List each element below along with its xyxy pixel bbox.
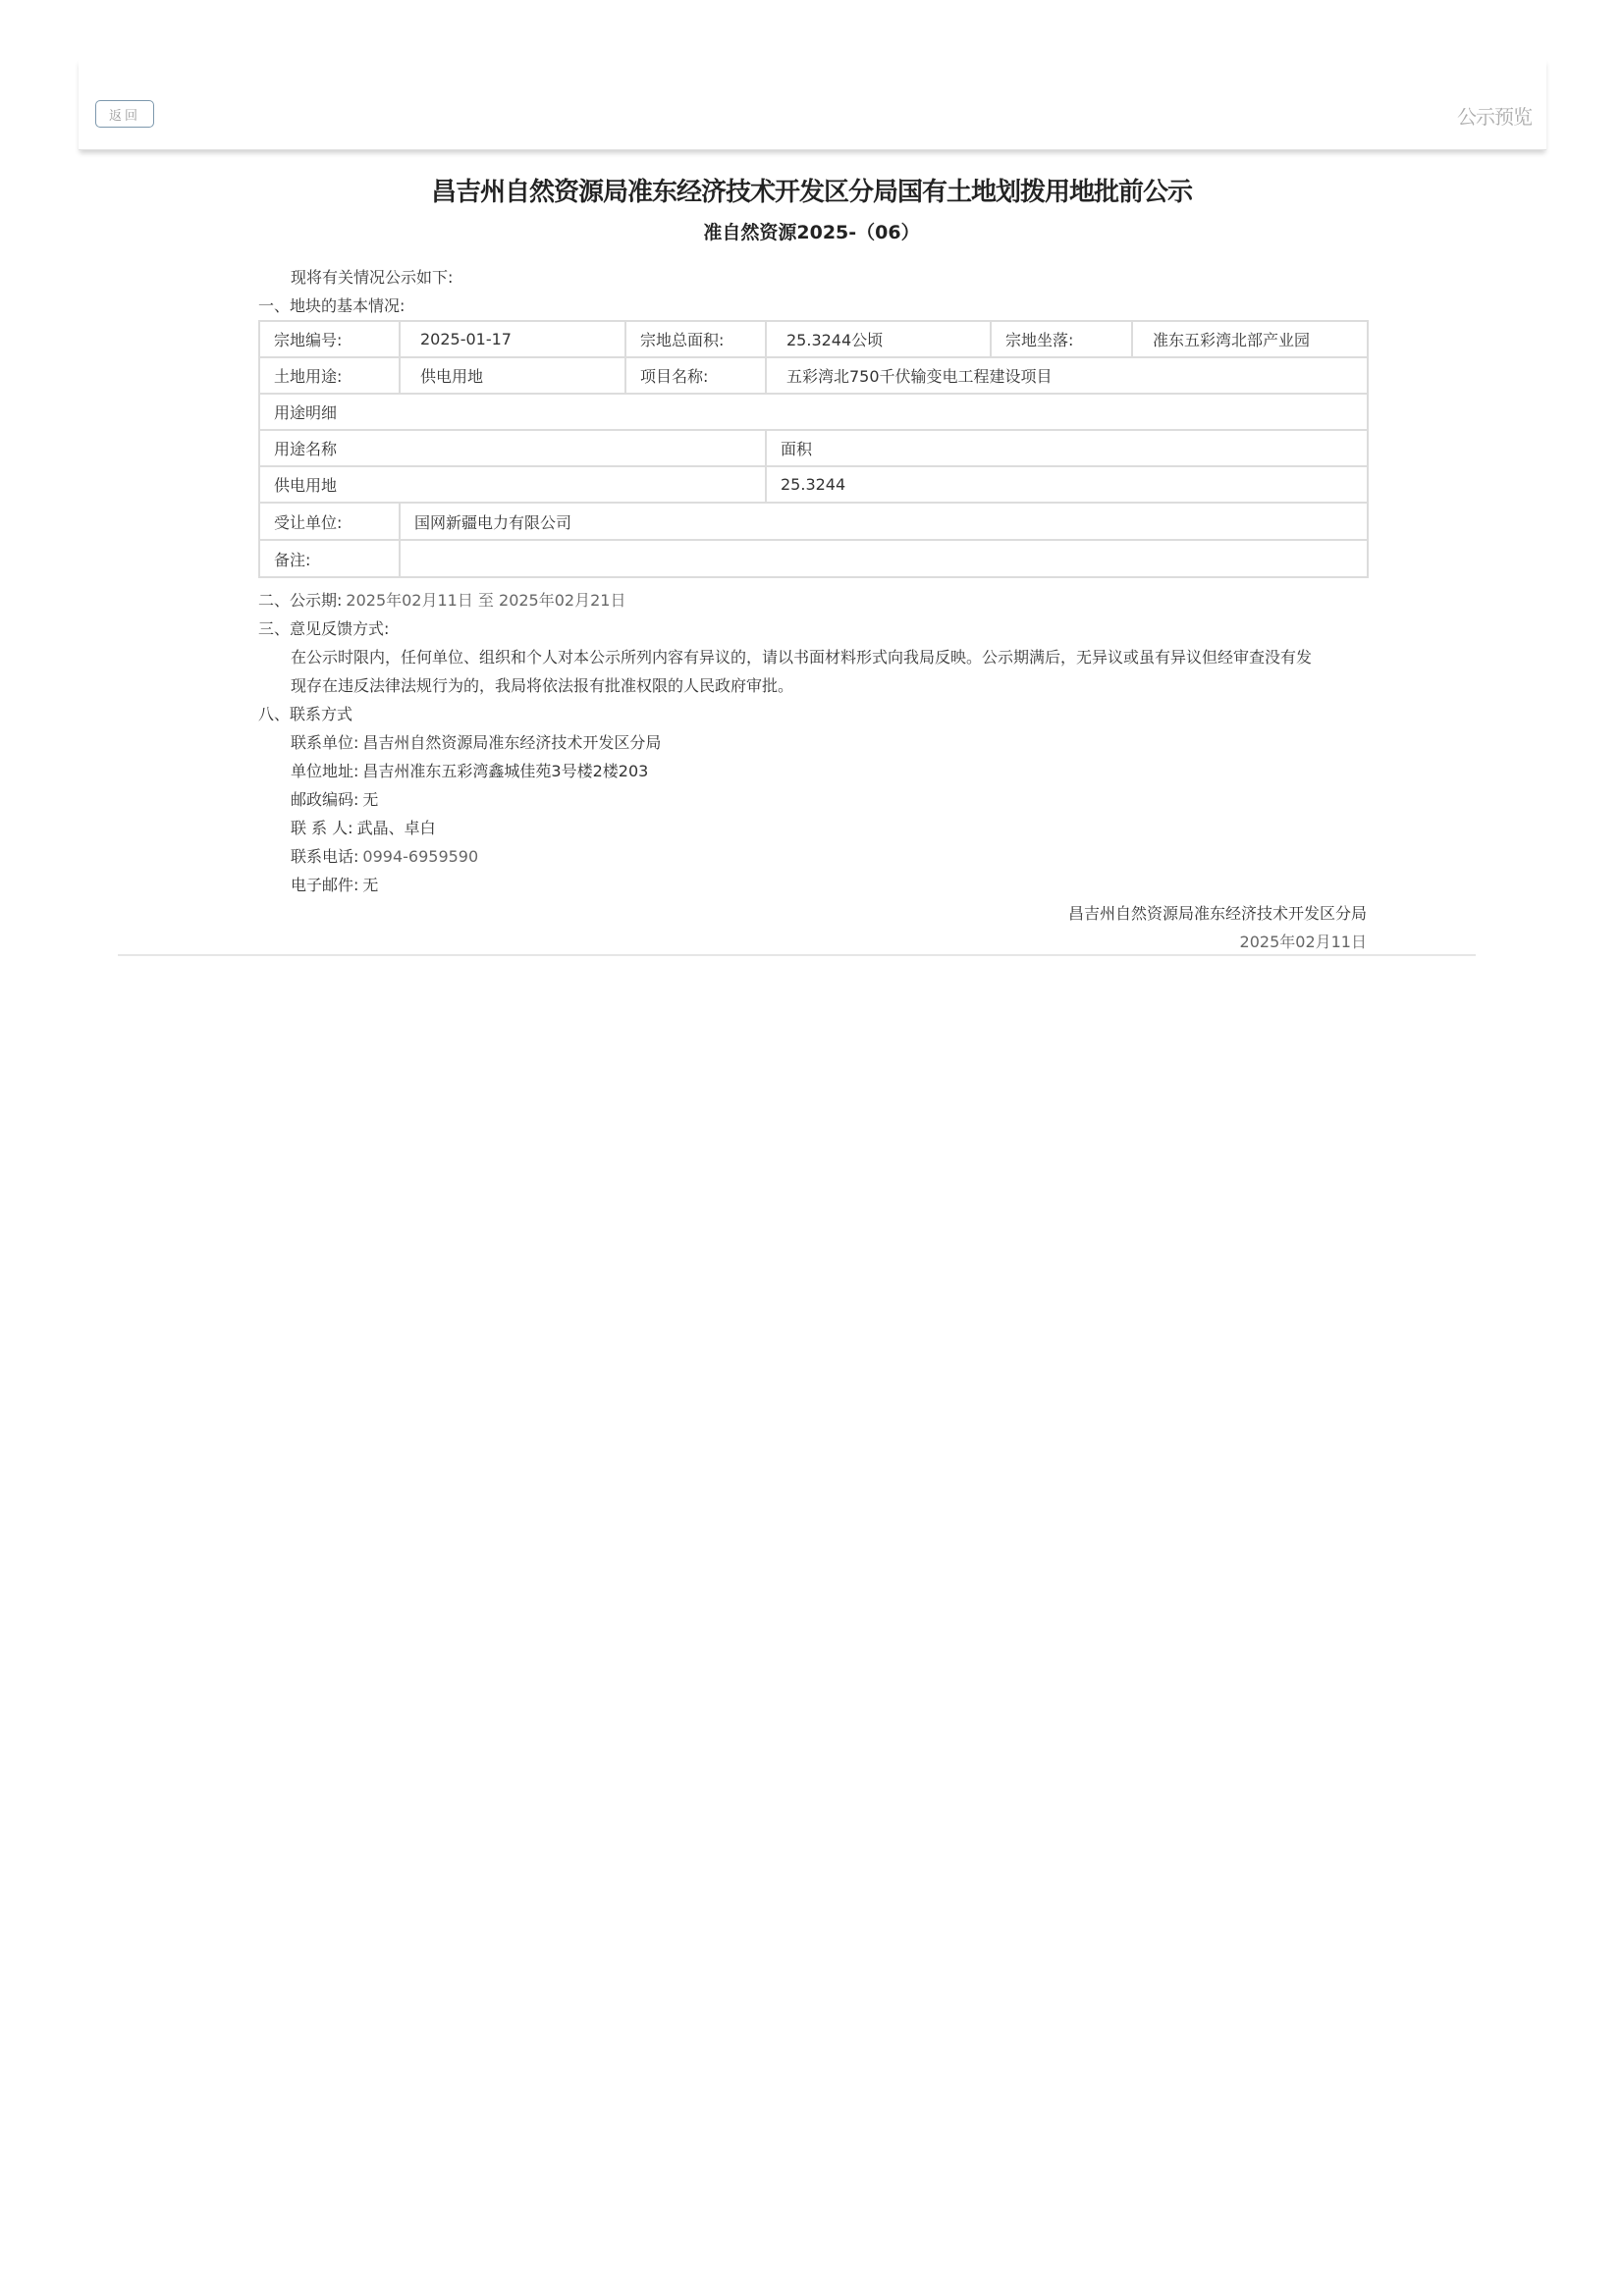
project-name-value: 五彩湾北750千伏输变电工程建设项目: [766, 357, 1368, 394]
grantee-value: 国网新疆电力有限公司: [400, 503, 1368, 540]
header-bar: 返回 公示预览: [79, 59, 1546, 150]
publicity-period: 二、公示期:2025年02月11日 至 2025年02月21日: [258, 591, 625, 611]
contact-row: 联系电话:0994-6959590: [291, 847, 478, 867]
document-title: 昌吉州自然资源局准东经济技术开发区分局国有土地划拨用地批前公示: [0, 172, 1623, 208]
table-row: 受让单位: 国网新疆电力有限公司: [259, 503, 1368, 540]
parcel-info-table: 宗地编号: 2025-01-17 宗地总面积: 25.3244公顷 宗地坐落: …: [258, 320, 1369, 578]
contact-value: 昌吉州自然资源局准东经济技术开发区分局: [362, 733, 661, 752]
contact-label: 联 系 人:: [291, 819, 353, 837]
remarks-value: [400, 540, 1368, 577]
contact-value: 昌吉州准东五彩湾鑫城佳苑3号楼2楼203: [362, 762, 648, 780]
table-row: 用途明细: [259, 394, 1368, 430]
parcel-no-value: 2025-01-17: [400, 321, 625, 357]
contact-label: 联系电话:: [291, 847, 358, 866]
usage-name-header: 用途名称: [259, 430, 766, 466]
contact-label: 电子邮件:: [291, 876, 358, 894]
contact-label: 邮政编码:: [291, 790, 358, 809]
table-row: 供电用地 25.3244: [259, 466, 1368, 503]
contact-value: 无: [362, 790, 378, 809]
usage-detail-label: 用途明细: [259, 394, 1368, 430]
grantee-label: 受让单位:: [259, 503, 400, 540]
total-area-label: 宗地总面积:: [625, 321, 766, 357]
land-use-value: 供电用地: [400, 357, 625, 394]
section3-heading: 三、意见反馈方式:: [258, 619, 389, 639]
table-row: 备注:: [259, 540, 1368, 577]
location-value: 准东五彩湾北部产业园: [1132, 321, 1368, 357]
contact-row: 单位地址:昌吉州准东五彩湾鑫城佳苑3号楼2楼203: [291, 762, 648, 781]
table-row: 用途名称 面积: [259, 430, 1368, 466]
feedback-text-line1: 在公示时限内，任何单位、组织和个人对本公示所列内容有异议的，请以书面材料形式向我…: [291, 648, 1312, 667]
page-label: 公示预览: [1457, 101, 1532, 130]
table-row: 土地用途: 供电用地 项目名称: 五彩湾北750千伏输变电工程建设项目: [259, 357, 1368, 394]
footer-divider: [118, 954, 1476, 956]
table-row: 宗地编号: 2025-01-17 宗地总面积: 25.3244公顷 宗地坐落: …: [259, 321, 1368, 357]
feedback-text-line2: 现存在违反法律法规行为的，我局将依法报有批准权限的人民政府审批。: [291, 676, 793, 696]
signature-org: 昌吉州自然资源局准东经济技术开发区分局: [1068, 904, 1367, 924]
intro-text: 现将有关情况公示如下:: [291, 268, 453, 288]
signature-date: 2025年02月11日: [1240, 933, 1367, 952]
publicity-period-label: 二、公示期:: [258, 591, 342, 610]
location-label: 宗地坐落:: [991, 321, 1132, 357]
contact-row: 联系单位:昌吉州自然资源局准东经济技术开发区分局: [291, 733, 661, 753]
publicity-period-value: 2025年02月11日 至 2025年02月21日: [346, 591, 625, 610]
section1-heading: 一、地块的基本情况:: [258, 296, 405, 316]
total-area-value: 25.3244公顷: [766, 321, 991, 357]
back-button[interactable]: 返回: [95, 100, 154, 128]
usage-area-header: 面积: [766, 430, 1368, 466]
usage-name-cell: 供电用地: [259, 466, 766, 503]
contact-label: 联系单位:: [291, 733, 358, 752]
contact-value: 无: [362, 876, 378, 894]
contact-row: 电子邮件:无: [291, 876, 378, 895]
contact-value: 0994-6959590: [362, 847, 478, 866]
contact-row: 邮政编码:无: [291, 790, 378, 810]
land-use-label: 土地用途:: [259, 357, 400, 394]
contact-value: 武晶、卓白: [357, 819, 436, 837]
remarks-label: 备注:: [259, 540, 400, 577]
document-number: 准自然资源2025-（06）: [0, 218, 1623, 244]
project-name-label: 项目名称:: [625, 357, 766, 394]
contact-label: 单位地址:: [291, 762, 358, 780]
contact-row: 联 系 人:武晶、卓白: [291, 819, 436, 838]
parcel-no-label: 宗地编号:: [259, 321, 400, 357]
usage-area-cell: 25.3244: [766, 466, 1368, 503]
section8-heading: 八、联系方式: [258, 705, 352, 724]
